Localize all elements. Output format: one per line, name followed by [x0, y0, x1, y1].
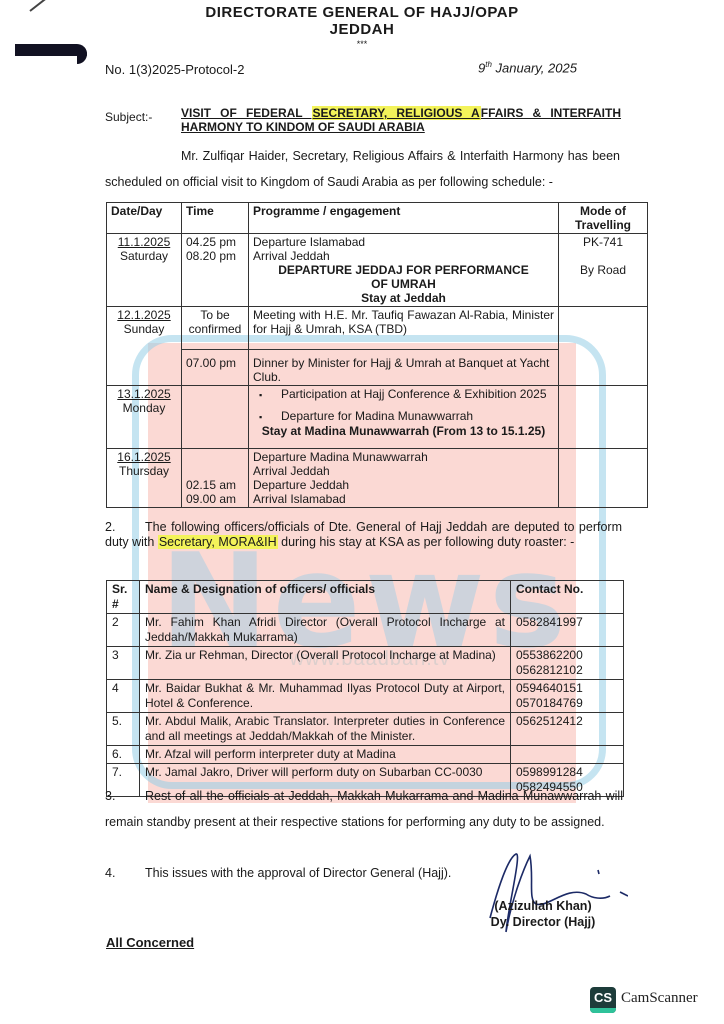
org-city: JEDDAH	[0, 21, 724, 38]
subject-text: VISIT OF FEDERAL SECRETARY, RELIGIOUS AF…	[181, 106, 621, 134]
highlighted-text: Secretary, MORA&IH	[158, 535, 278, 549]
schedule-row: 12.1.2025Sunday To be confirmed Meeting …	[107, 307, 648, 350]
paragraph-2: 2.The following officers/officials of Dt…	[105, 520, 622, 550]
schedule-row: 11.1.2025Saturday 04.25 pm08.20 pm Depar…	[107, 234, 648, 307]
schedule-row: 13.1.2025Monday Participation at Hajj Co…	[107, 386, 648, 449]
schedule-table: Date/Day Time Programme / engagement Mod…	[106, 202, 648, 508]
header-stars: ***	[0, 39, 724, 49]
schedule-header: Date/Day Time Programme / engagement Mod…	[107, 203, 648, 234]
letter-date: 9th January, 2025	[478, 60, 577, 75]
org-name: DIRECTORATE GENERAL OF HAJJ/OPAP	[0, 4, 724, 21]
reference-number: No. 1(3)2025-Protocol-2	[105, 62, 244, 77]
schedule-row: 16.1.2025Thursday 02.15 am09.00 am Depar…	[107, 449, 648, 508]
signatory-title: Dy. Director (Hajj)	[478, 914, 608, 930]
roster-header: Sr. # Name & Designation of officers/ of…	[107, 581, 624, 614]
paragraph-1: Mr. Zulfiqar Haider, Secretary, Religiou…	[105, 143, 620, 195]
camscanner-brand: CamScanner	[621, 990, 698, 1007]
signatory: (Azizullah Khan) Dy. Director (Hajj)	[478, 898, 608, 930]
roster-row: 4Mr. Baidar Bukhat & Mr. Muhammad Ilyas …	[107, 680, 624, 713]
camscanner-logo-icon: CS	[590, 987, 616, 1013]
distribution-list: All Concerned	[106, 935, 194, 950]
roster-row: 2Mr. Fahim Khan Afridi Director (Overall…	[107, 614, 624, 647]
signatory-name: (Azizullah Khan)	[478, 898, 608, 914]
highlighted-text: SECRETARY, RELIGIOUS A	[312, 106, 481, 120]
paragraph-4: 4.This issues with the approval of Direc…	[105, 866, 451, 880]
paragraph-3: 3.Rest of all the officials at Jeddah, M…	[105, 783, 623, 835]
roster-row: 6.Mr. Afzal will perform interpreter dut…	[107, 746, 624, 764]
subject-label: Subject:-	[105, 110, 152, 124]
roster-row: 5.Mr. Abdul Malik, Arabic Translator. In…	[107, 713, 624, 746]
duty-roster-table: Sr. # Name & Designation of officers/ of…	[106, 580, 624, 797]
letterhead: DIRECTORATE GENERAL OF HAJJ/OPAP JEDDAH	[0, 4, 724, 38]
roster-row: 3Mr. Zia ur Rehman, Director (Overall Pr…	[107, 647, 624, 680]
